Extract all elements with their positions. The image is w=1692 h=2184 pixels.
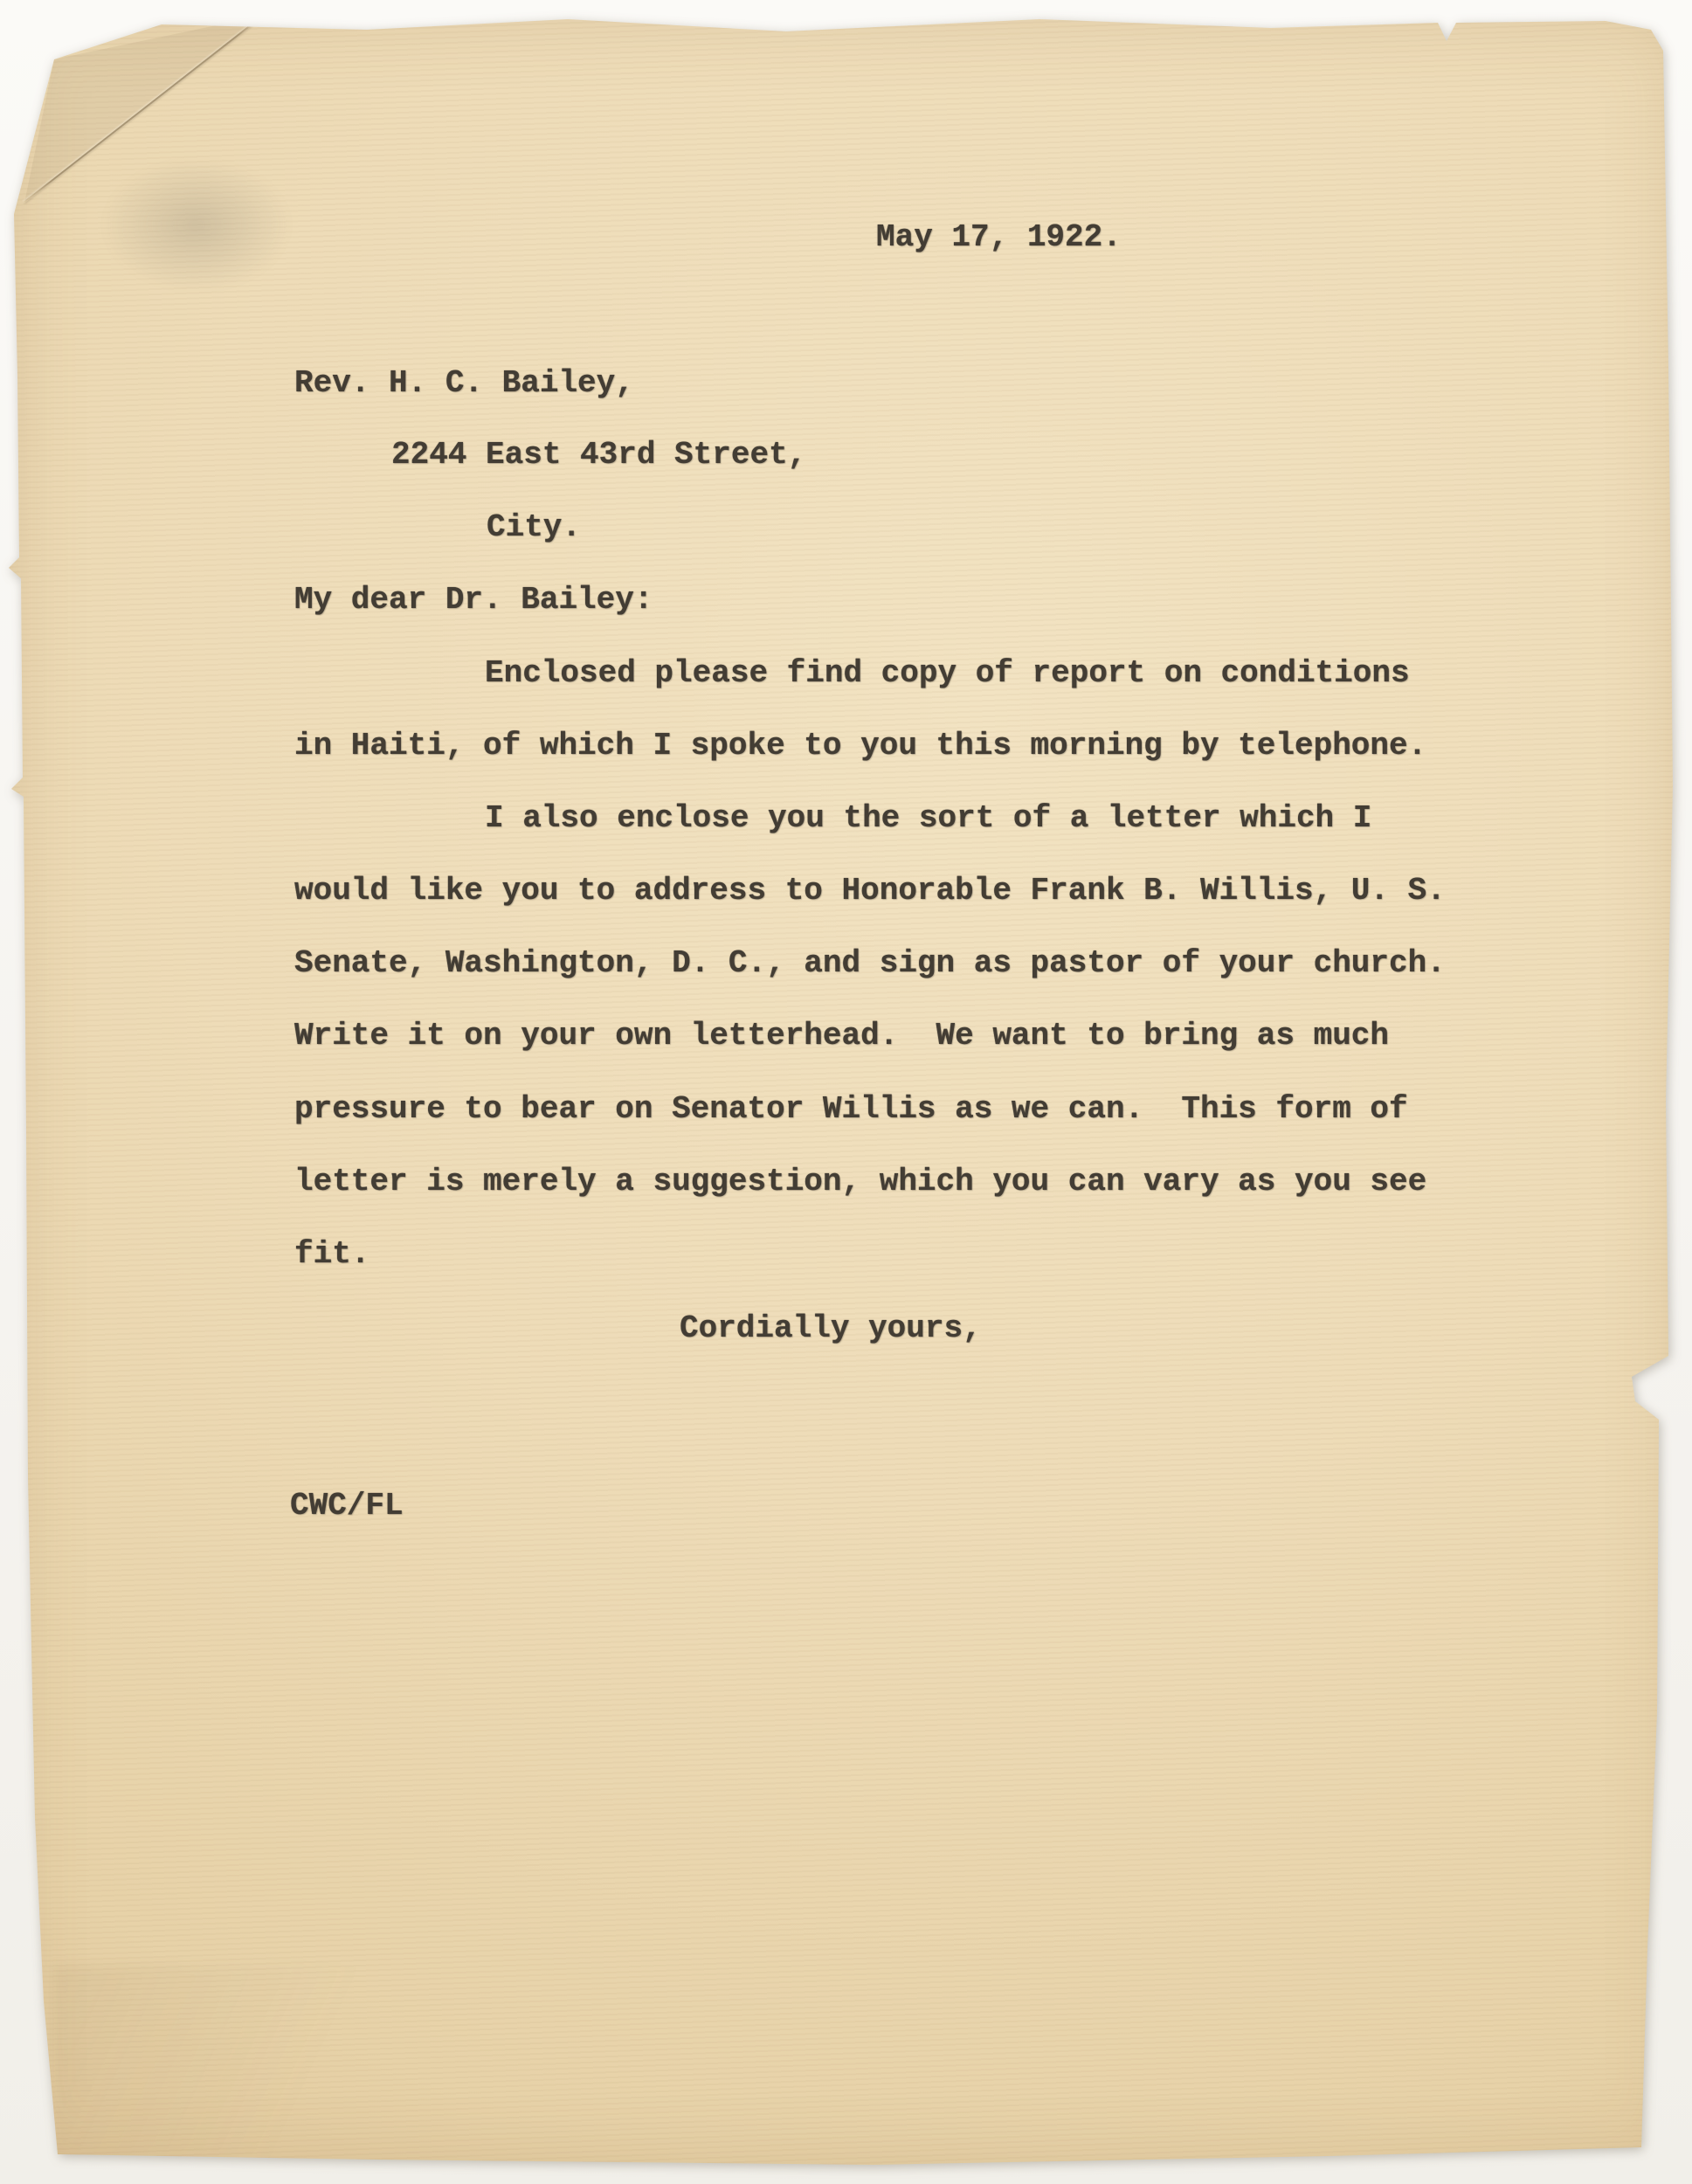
letter-text: May 17, 1922. Rev. H. C. Bailey, 2244 Ea… bbox=[0, 0, 1692, 2184]
body-line: I also enclose you the sort of a letter … bbox=[485, 801, 1371, 836]
body-line: pressure to bear on Senator Willis as we… bbox=[294, 1092, 1408, 1127]
recipient-name-line: Rev. H. C. Bailey, bbox=[294, 366, 634, 401]
typist-initials-line: CWC/FL bbox=[290, 1489, 404, 1524]
recipient-street-line: 2244 East 43rd Street, bbox=[391, 438, 806, 473]
body-line: in Haiti, of which I spoke to you this m… bbox=[294, 729, 1426, 764]
closing-line: Cordially yours, bbox=[680, 1311, 982, 1346]
date-line: May 17, 1922. bbox=[876, 220, 1122, 255]
body-line: Enclosed please find copy of report on c… bbox=[485, 656, 1410, 691]
body-line: Senate, Washington, D. C., and sign as p… bbox=[294, 946, 1446, 981]
body-line: would like you to address to Honorable F… bbox=[294, 874, 1446, 909]
body-line: letter is merely a suggestion, which you… bbox=[294, 1165, 1426, 1199]
body-line: fit. bbox=[294, 1237, 369, 1272]
salutation-line: My dear Dr. Bailey: bbox=[294, 583, 653, 618]
scanned-letter-page: May 17, 1922. Rev. H. C. Bailey, 2244 Ea… bbox=[0, 0, 1692, 2184]
recipient-city-line: City. bbox=[487, 510, 581, 545]
body-line: Write it on your own letterhead. We want… bbox=[294, 1019, 1389, 1054]
